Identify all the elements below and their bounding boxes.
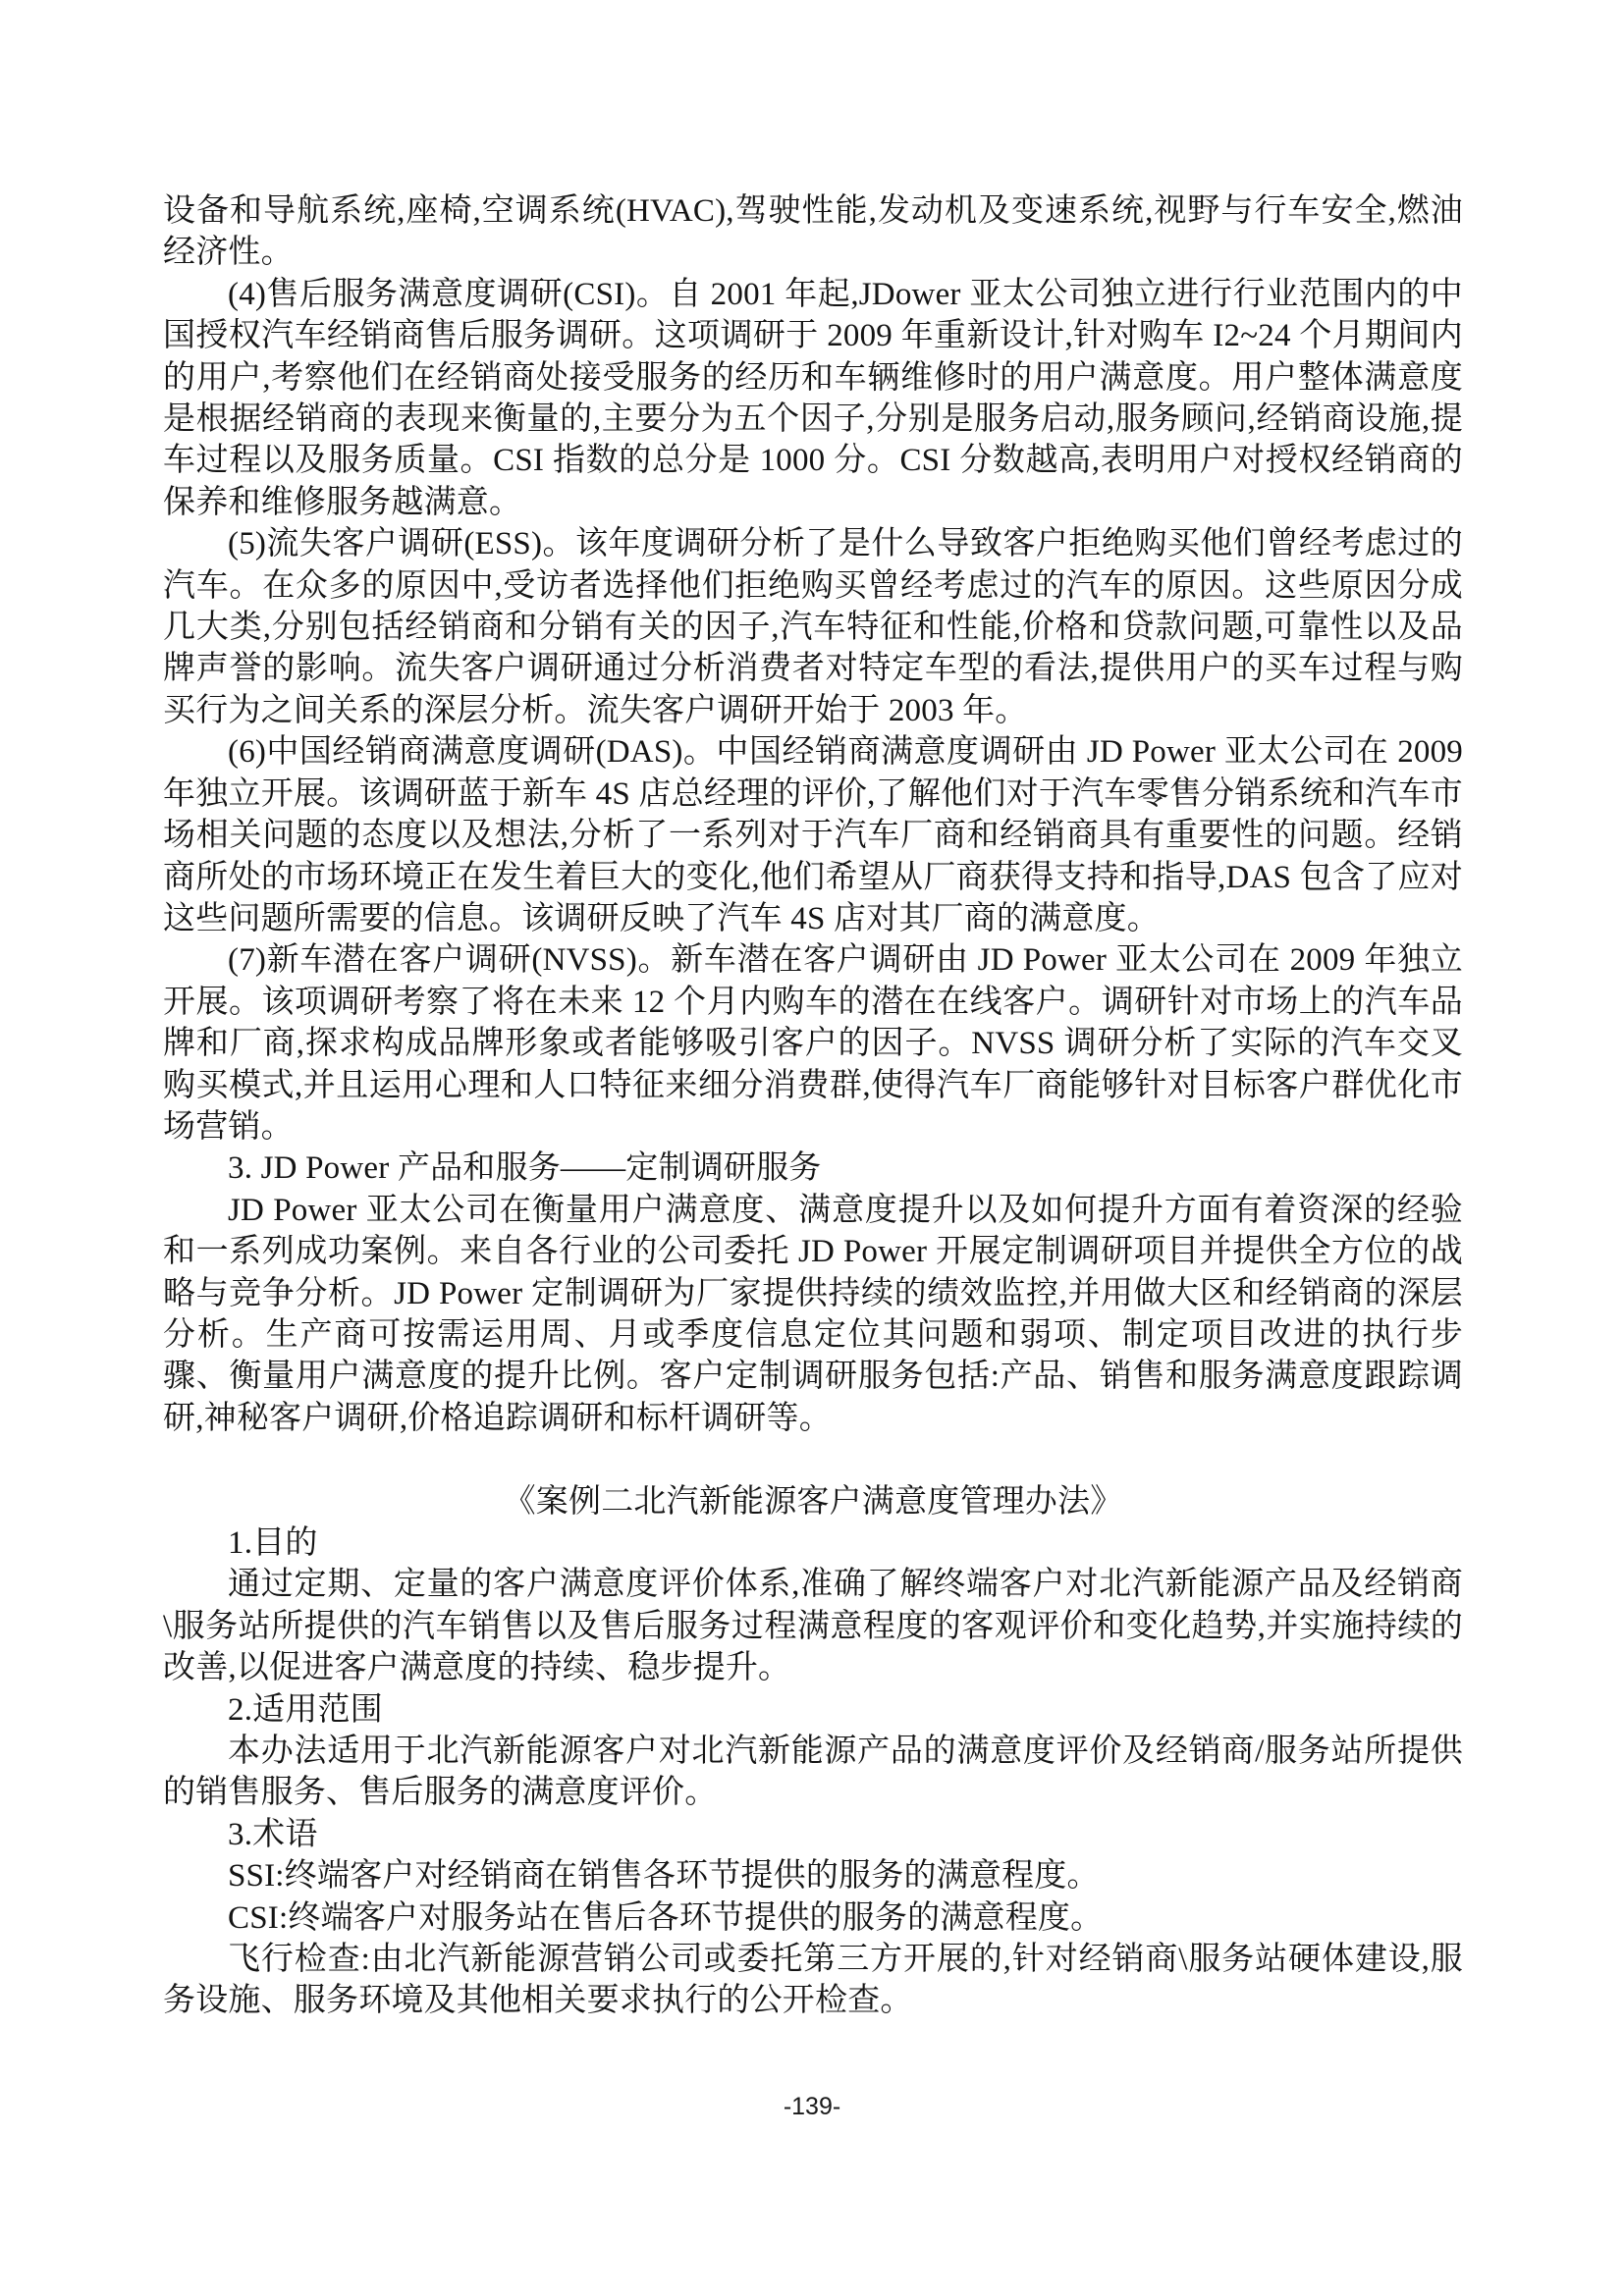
paragraph: 飞行检查:由北汽新能源营销公司或委托第三方开展的,针对经销商\服务站硬体建设,服… bbox=[163, 1939, 1463, 2022]
paragraph: 设备和导航系统,座椅,空调系统(HVAC),驾驶性能,发动机及变速系统,视野与行… bbox=[163, 190, 1463, 274]
paragraph: 本办法适用于北汽新能源客户对北汽新能源产品的满意度评价及经销商/服务站所提供的销… bbox=[163, 1731, 1463, 1814]
paragraph: (5)流失客户调研(ESS)。该年度调研分析了是什么导致客户拒绝购买他们曾经考虑… bbox=[163, 523, 1463, 731]
paragraph: 1.目的 bbox=[163, 1522, 1463, 1564]
paragraph-spacer bbox=[163, 1439, 1463, 1480]
paragraph: 3. JD Power 产品和服务——定制调研服务 bbox=[163, 1148, 1463, 1189]
paragraph: (7)新车潜在客户调研(NVSS)。新车潜在客户调研由 JD Power 亚太公… bbox=[163, 939, 1463, 1148]
paragraph: (6)中国经销商满意度调研(DAS)。中国经销商满意度调研由 JD Power … bbox=[163, 731, 1463, 939]
paragraph: JD Power 亚太公司在衡量用户满意度、满意度提升以及如何提升方面有着资深的… bbox=[163, 1190, 1463, 1439]
paragraph: 3.术语 bbox=[163, 1814, 1463, 1855]
page-number: -139- bbox=[784, 2093, 840, 2120]
paragraph: 通过定期、定量的客户满意度评价体系,准确了解终端客户对北汽新能源产品及经销商\服… bbox=[163, 1564, 1463, 1688]
page-body: 设备和导航系统,座椅,空调系统(HVAC),驾驶性能,发动机及变速系统,视野与行… bbox=[163, 190, 1463, 2022]
paragraph: (4)售后服务满意度调研(CSI)。自 2001 年起,JDower 亚太公司独… bbox=[163, 274, 1463, 523]
paragraph: SSI:终端客户对经销商在销售各环节提供的服务的满意程度。 bbox=[163, 1855, 1463, 1896]
section-heading: 《案例二北汽新能源客户满意度管理办法》 bbox=[163, 1481, 1463, 1522]
paragraph: CSI:终端客户对服务站在售后各环节提供的服务的满意程度。 bbox=[163, 1897, 1463, 1939]
page-footer: -139- bbox=[0, 2093, 1624, 2121]
paragraph: 2.适用范围 bbox=[163, 1689, 1463, 1731]
